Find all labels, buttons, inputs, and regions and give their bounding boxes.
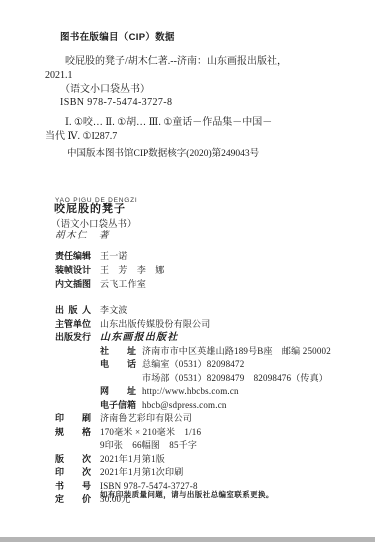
cip-record-number: 中国版本图书馆CIP数据核字(2020)第249043号 bbox=[67, 148, 355, 162]
website-url: http://www.hbcbs.com.cn bbox=[142, 385, 239, 399]
colophon-row-supervisor: 主管单位 山东出版传媒股份有限公司 bbox=[55, 318, 365, 332]
colophon-label: 主管单位 bbox=[55, 318, 91, 332]
colophon-value: 李文波 bbox=[100, 304, 128, 318]
colophon-row-phone-cont: 市场部（0531）82098479 82098476（传真） bbox=[55, 372, 365, 386]
colophon-value: 总编室（0531）82098472 bbox=[142, 358, 244, 372]
book-author: 胡木仁 著 bbox=[55, 230, 355, 243]
staff-row-design: 装帧设计 王 芳 李 娜 bbox=[55, 263, 365, 277]
colophon-sublabel: 网 址 bbox=[100, 385, 136, 399]
colophon-row-format-cont: 9印张 66幅图 85千字 bbox=[55, 439, 365, 453]
email-address: hbcb@sdpress.com.cn bbox=[142, 399, 227, 413]
colophon-label: 印 刷 bbox=[55, 412, 91, 426]
colophon-row-address: 社 址 济南市市中区英雄山路189号B座 邮编 250002 bbox=[55, 345, 365, 359]
cip-entry: 咬屁股的凳子/胡木仁著.--济南：山东画报出版社， 2021.1 bbox=[45, 55, 355, 82]
colophon-sublabel: 电 话 bbox=[100, 358, 136, 372]
cip-heading: 图书在版编目（CIP）数据 bbox=[60, 31, 355, 45]
colophon-row-phone: 电 话 总编室（0531）82098472 bbox=[55, 358, 365, 372]
cip-entry-line1: 咬屁股的凳子/胡木仁著.--济南：山东画报出版社， bbox=[65, 55, 355, 69]
staff-value: 云飞工作室 bbox=[100, 277, 146, 291]
colophon-sublabel: 社 址 bbox=[100, 345, 136, 359]
staff-credits: 责任编辑 王一诺 装帧设计 王 芳 李 娜 内文插图 云飞工作室 bbox=[55, 249, 365, 292]
colophon-value: 170毫米 × 210毫米 1/16 bbox=[100, 426, 201, 440]
colophon-label: 书 号 bbox=[55, 480, 91, 494]
staff-label: 内文插图 bbox=[55, 277, 91, 291]
colophon-label: 定 价 bbox=[55, 493, 91, 507]
quality-note: 如有印装质量问题，请与出版社总编室联系更换。 bbox=[100, 489, 365, 500]
cip-entry-line2: 2021.1 bbox=[45, 69, 355, 83]
colophon-row-impression: 印 次 2021年1月第1次印刷 bbox=[55, 466, 365, 480]
staff-label: 装帧设计 bbox=[55, 263, 91, 277]
colophon-label: 出 版 人 bbox=[55, 304, 91, 318]
cip-classification-line2: 当代 Ⅳ. ①I287.7 bbox=[45, 130, 355, 144]
colophon-value: 2021年1月第1版 bbox=[100, 453, 165, 467]
staff-row-editor: 责任编辑 王一诺 bbox=[55, 249, 365, 263]
colophon-row-publishing-house: 出版发行 山东画报出版社 bbox=[55, 331, 365, 345]
book-title: 咬屁股的凳子 bbox=[54, 202, 355, 217]
colophon-row-website: 网 址 http://www.hbcbs.com.cn bbox=[55, 385, 365, 399]
cip-isbn: ISBN 978-7-5474-3727-8 bbox=[60, 96, 355, 110]
colophon-row-format: 规 格 170毫米 × 210毫米 1/16 bbox=[55, 426, 365, 440]
colophon-value: 2021年1月第1次印刷 bbox=[100, 466, 183, 480]
colophon-label: 规 格 bbox=[55, 426, 91, 440]
colophon-row-printer: 印 刷 济南鲁艺彩印有限公司 bbox=[55, 412, 365, 426]
staff-row-illustration: 内文插图 云飞工作室 bbox=[55, 277, 365, 291]
colophon-label: 版 次 bbox=[55, 453, 91, 467]
colophon-value: 市场部（0531）82098479 82098476（传真） bbox=[142, 372, 328, 386]
colophon: 出 版 人 李文波 主管单位 山东出版传媒股份有限公司 出版发行 山东画报出版社… bbox=[55, 304, 365, 507]
staff-value: 王一诺 bbox=[100, 249, 128, 263]
colophon-value: 济南市市中区英雄山路189号B座 邮编 250002 bbox=[142, 345, 331, 359]
colophon-sublabel: 电子信箱 bbox=[100, 399, 136, 413]
colophon-label: 出版发行 bbox=[55, 331, 91, 345]
colophon-value: 济南鲁艺彩印有限公司 bbox=[100, 412, 192, 426]
publisher-script-name: 山东画报出版社 bbox=[100, 331, 178, 345]
colophon-value: 9印张 66幅图 85千字 bbox=[100, 439, 197, 453]
colophon-row-edition: 版 次 2021年1月第1版 bbox=[55, 453, 365, 467]
cip-series: （语文小口袋丛书） bbox=[60, 83, 355, 97]
colophon-row-email: 电子信箱 hbcb@sdpress.com.cn bbox=[55, 399, 365, 413]
bottom-edge-bar bbox=[0, 537, 375, 542]
staff-label: 责任编辑 bbox=[55, 249, 91, 263]
cip-classification: Ⅰ. ①咬… Ⅱ. ①胡… Ⅲ. ①童话－作品集－中国－ 当代 Ⅳ. ①I287… bbox=[45, 116, 355, 143]
staff-value: 王 芳 李 娜 bbox=[100, 263, 164, 277]
cip-classification-line1: Ⅰ. ①咬… Ⅱ. ①胡… Ⅲ. ①童话－作品集－中国－ bbox=[65, 116, 355, 130]
colophon-value: 山东出版传媒股份有限公司 bbox=[100, 318, 210, 332]
colophon-label: 印 次 bbox=[55, 466, 91, 480]
copyright-page: 图书在版编目（CIP）数据 咬屁股的凳子/胡木仁著.--济南：山东画报出版社， … bbox=[0, 0, 375, 542]
colophon-row-publisher-person: 出 版 人 李文波 bbox=[55, 304, 365, 318]
